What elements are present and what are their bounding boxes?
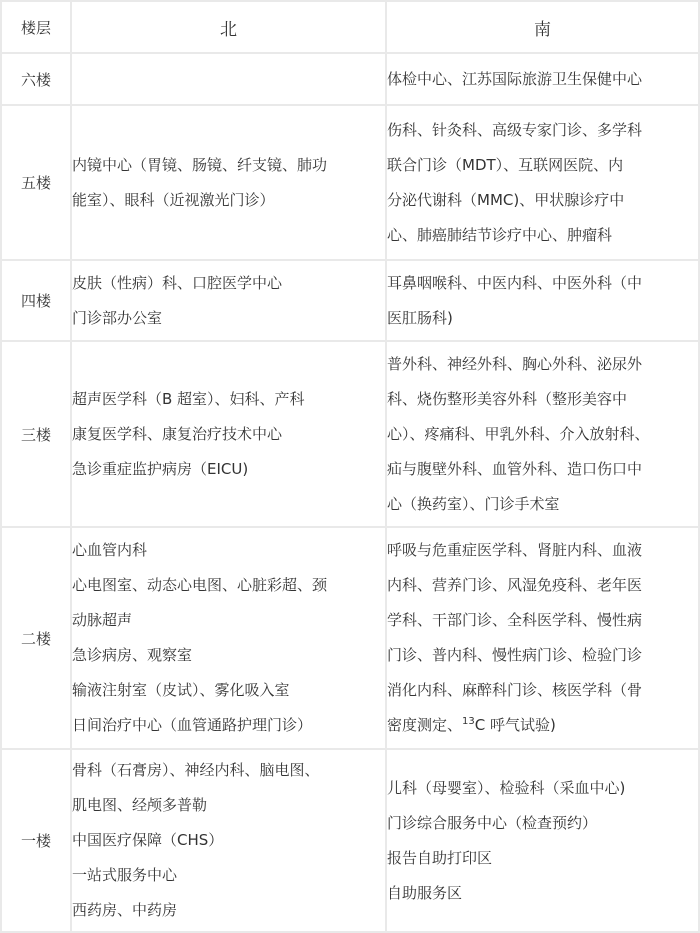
department-text: 医肛肠科) [387,301,698,336]
department-text: 耳鼻咽喉科、中医内科、中医外科（中 [387,266,698,301]
department-text: 能室）、眼科（近视激光门诊） [72,183,385,218]
table-row: 三楼 超声医学科（B 超室）、妇科、产科 康复医学科、康复治疗技术中心 急诊重症… [1,341,699,527]
department-text: 西药房、中药房 [72,893,385,928]
department-text: 皮肤（性病）科、口腔医学中心 [72,266,385,301]
department-text: 急诊重症监护病房（EICU) [72,452,385,487]
department-text: 消化内科、麻醉科门诊、核医学科（骨 [387,673,698,708]
north-cell: 内镜中心（胃镜、肠镜、纤支镜、肺功 能室）、眼科（近视激光门诊） [71,105,386,260]
south-cell: 儿科（母婴室）、检验科（采血中心) 门诊综合服务中心（检查预约） 报告自助打印区… [386,749,699,932]
floor-label: 四楼 [1,260,71,341]
department-text: 分泌代谢科（MMC)、甲状腺诊疗中 [387,183,698,218]
department-text-last: 密度测定、13C 呼气试验) [387,708,698,743]
text-part: C 呼气试验) [475,716,556,734]
south-cell: 呼吸与危重症医学科、肾脏内科、血液 内科、营养门诊、风湿免疫科、老年医 学科、干… [386,527,699,749]
department-text: 伤科、针灸科、高级专家门诊、多学科 [387,113,698,148]
department-text: 报告自助打印区 [387,841,698,876]
floor-label: 三楼 [1,341,71,527]
department-text: 急诊病房、观察室 [72,638,385,673]
department-text: 骨科（石膏房）、神经内科、脑电图、 [72,753,385,788]
floor-directory-table: 楼层 北 南 六楼 体检中心、江苏国际旅游卫生保健中心 五楼 内镜中心（胃镜、肠… [0,0,700,933]
department-text: 儿科（母婴室）、检验科（采血中心) [387,771,698,806]
table-row: 一楼 骨科（石膏房）、神经内科、脑电图、 肌电图、经颅多普勒 中国医疗保障（CH… [1,749,699,932]
department-text: 心（换药室）、门诊手术室 [387,487,698,522]
department-text: 心血管内科 [72,533,385,568]
south-cell: 普外科、神经外科、胸心外科、泌尿外 科、烧伤整形美容外科（整形美容中 心）、疼痛… [386,341,699,527]
south-cell: 耳鼻咽喉科、中医内科、中医外科（中 医肛肠科) [386,260,699,341]
north-cell: 心血管内科 心电图室、动态心电图、心脏彩超、颈 动脉超声 急诊病房、观察室 输液… [71,527,386,749]
department-text: 康复医学科、康复治疗技术中心 [72,417,385,452]
department-text: 门诊综合服务中心（检查预约） [387,806,698,841]
north-cell: 超声医学科（B 超室）、妇科、产科 康复医学科、康复治疗技术中心 急诊重症监护病… [71,341,386,527]
floor-label: 一楼 [1,749,71,932]
table-row: 六楼 体检中心、江苏国际旅游卫生保健中心 [1,53,699,105]
department-text: 一站式服务中心 [72,858,385,893]
header-floor: 楼层 [1,1,71,53]
table-header-row: 楼层 北 南 [1,1,699,53]
south-cell: 伤科、针灸科、高级专家门诊、多学科 联合门诊（MDT）、互联网医院、内 分泌代谢… [386,105,699,260]
department-text: 内科、营养门诊、风湿免疫科、老年医 [387,568,698,603]
department-text: 学科、干部门诊、全科医学科、慢性病 [387,603,698,638]
floor-label: 二楼 [1,527,71,749]
department-text: 中国医疗保障（CHS） [72,823,385,858]
department-text: 肌电图、经颅多普勒 [72,788,385,823]
department-text: 门诊、普内科、慢性病门诊、检验门诊 [387,638,698,673]
superscript-13: 13 [462,716,475,727]
department-text: 内镜中心（胃镜、肠镜、纤支镜、肺功 [72,148,385,183]
department-text: 自助服务区 [387,876,698,911]
department-text: 动脉超声 [72,603,385,638]
department-text: 日间治疗中心（血管通路护理门诊） [72,708,385,743]
header-north: 北 [71,1,386,53]
department-text: 科、烧伤整形美容外科（整形美容中 [387,382,698,417]
department-text: 呼吸与危重症医学科、肾脏内科、血液 [387,533,698,568]
department-text: 超声医学科（B 超室）、妇科、产科 [72,382,385,417]
department-text: 心）、疼痛科、甲乳外科、介入放射科、 [387,417,698,452]
department-text: 门诊部办公室 [72,301,385,336]
table-row: 四楼 皮肤（性病）科、口腔医学中心 门诊部办公室 耳鼻咽喉科、中医内科、中医外科… [1,260,699,341]
north-cell [71,53,386,105]
header-south: 南 [386,1,699,53]
north-cell: 骨科（石膏房）、神经内科、脑电图、 肌电图、经颅多普勒 中国医疗保障（CHS） … [71,749,386,932]
department-text: 心电图室、动态心电图、心脏彩超、颈 [72,568,385,603]
department-text: 体检中心、江苏国际旅游卫生保健中心 [387,62,698,97]
department-text: 输液注射室（皮试）、雾化吸入室 [72,673,385,708]
north-cell: 皮肤（性病）科、口腔医学中心 门诊部办公室 [71,260,386,341]
floor-label: 六楼 [1,53,71,105]
table-row: 二楼 心血管内科 心电图室、动态心电图、心脏彩超、颈 动脉超声 急诊病房、观察室… [1,527,699,749]
department-text: 心、肺癌肺结节诊疗中心、肿瘤科 [387,218,698,253]
south-cell: 体检中心、江苏国际旅游卫生保健中心 [386,53,699,105]
department-text: 疝与腹壁外科、血管外科、造口伤口中 [387,452,698,487]
floor-label: 五楼 [1,105,71,260]
department-text: 普外科、神经外科、胸心外科、泌尿外 [387,347,698,382]
table-row: 五楼 内镜中心（胃镜、肠镜、纤支镜、肺功 能室）、眼科（近视激光门诊） 伤科、针… [1,105,699,260]
department-text: 联合门诊（MDT）、互联网医院、内 [387,148,698,183]
text-part: 密度测定、 [387,716,462,734]
